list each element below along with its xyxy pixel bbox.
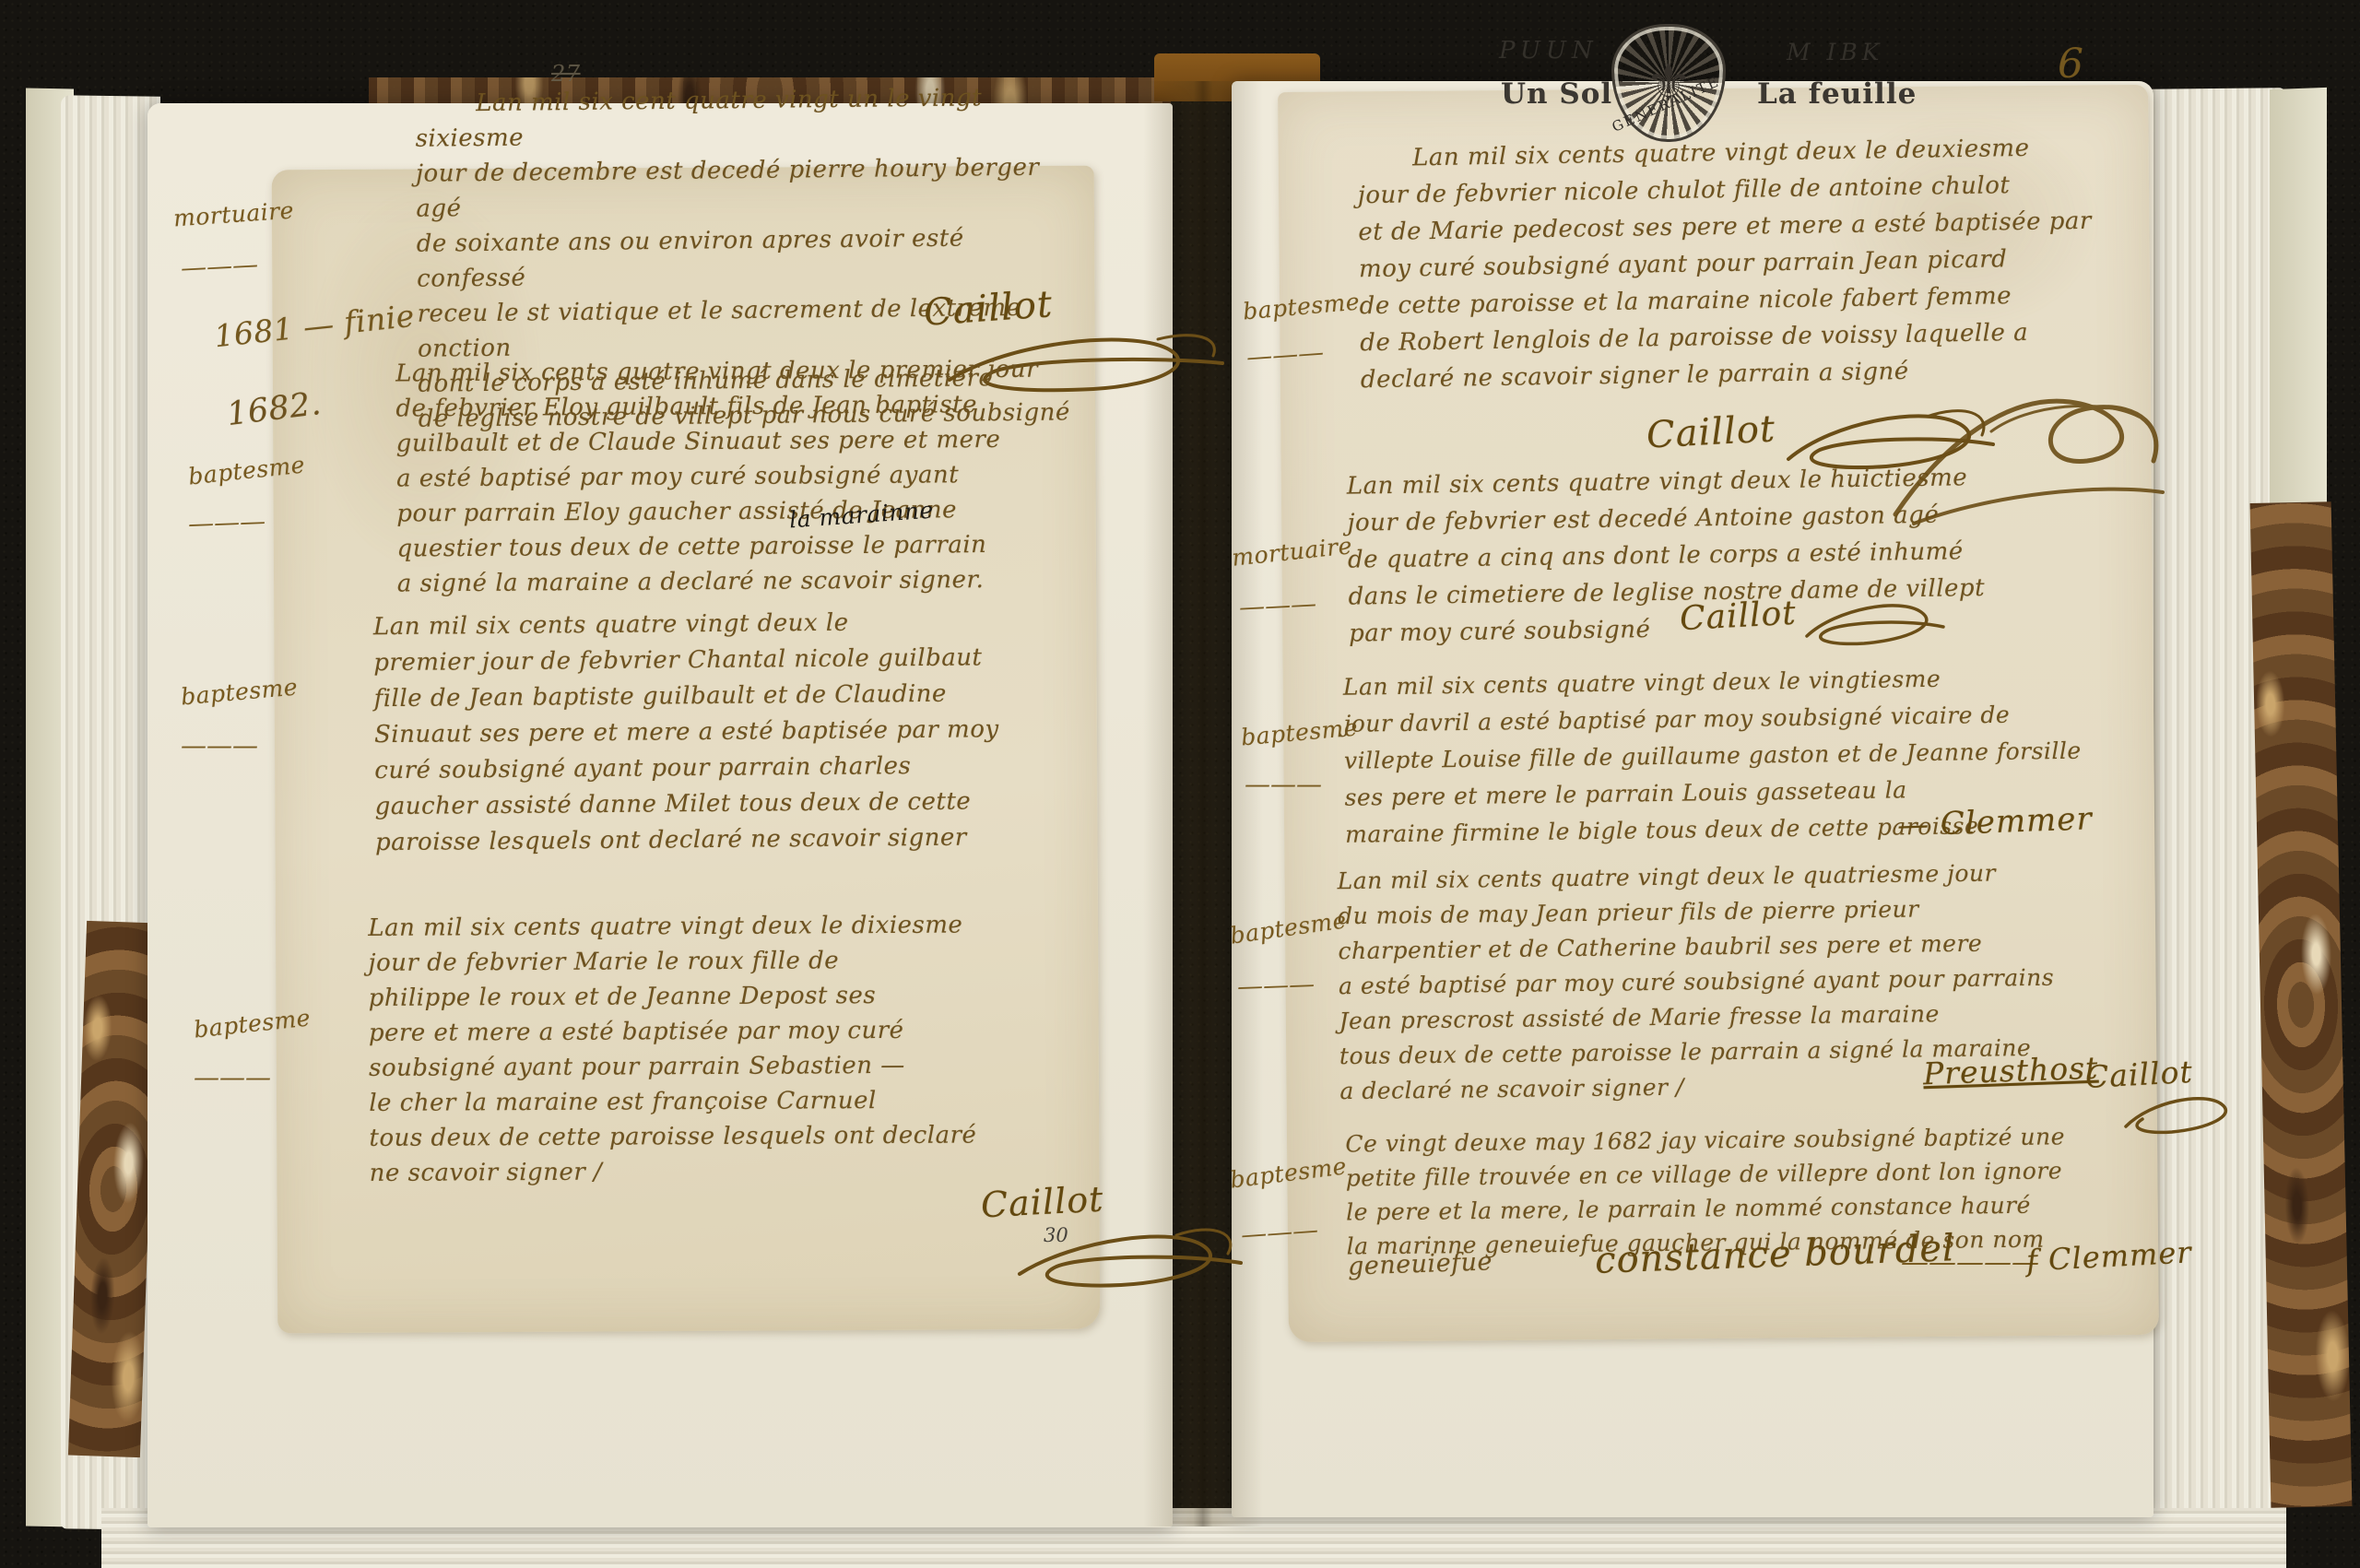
baptism-entry-eloy-guilbault: Lan mil six cents quatre vingt deux le p… [395, 351, 1061, 601]
stamp-denomination: Un Sol [1501, 77, 1612, 111]
archival-photo-open-register: 27 mortuaire ——— Lan mil six cent quatre… [0, 0, 2360, 1568]
signature-dash: ————— [1901, 1246, 2039, 1279]
signature-paraph [1799, 594, 1947, 654]
margin-dash: ——— [1245, 336, 1325, 372]
stamp-la-feuille: La feuille [1757, 77, 1917, 111]
margin-dash: ——— [194, 1062, 271, 1092]
overlapping-signature-flourish [1881, 376, 2176, 542]
margin-dash: ——— [187, 506, 265, 539]
margin-dash: ——— [1236, 969, 1315, 1002]
signature-caillot: Caillot [1646, 407, 1776, 456]
margin-dash: ——— [181, 730, 258, 760]
signature-caillot: Caillot [1679, 595, 1798, 639]
right-page-number: 6 [2058, 41, 2084, 88]
baptism-entry-nicole-guilbaut: Lan mil six cents quatre vingt deux le p… [373, 604, 1048, 861]
baptism-entry-marie-le-roux: Lan mil six cents quatre vingt deux le d… [368, 907, 1052, 1191]
name-geneuiefue: geneuiefue [1348, 1247, 1493, 1280]
margin-dash: ——— [1245, 769, 1322, 799]
signature-preusthost: Preusthost [1922, 1050, 2099, 1092]
signature-paraph [2120, 1088, 2240, 1143]
left-page-number: 27 [551, 61, 581, 87]
margin-dash: ——— [180, 249, 259, 283]
signature-clemmer: — Clemmer [1896, 800, 2093, 843]
stamp-motto-left: PUUN [1499, 37, 1599, 65]
folio-stamp-number: 30 [1044, 1224, 1068, 1246]
baptism-entry-nicole-chulot: Lan mil six cents quatre vingt deux le d… [1357, 129, 2098, 399]
margin-dash: ——— [1240, 1214, 1319, 1250]
right-cover-edge [2270, 88, 2327, 523]
margin-dash: ——— [1238, 588, 1317, 622]
stamp-motto-right: M IBK [1787, 39, 1883, 65]
